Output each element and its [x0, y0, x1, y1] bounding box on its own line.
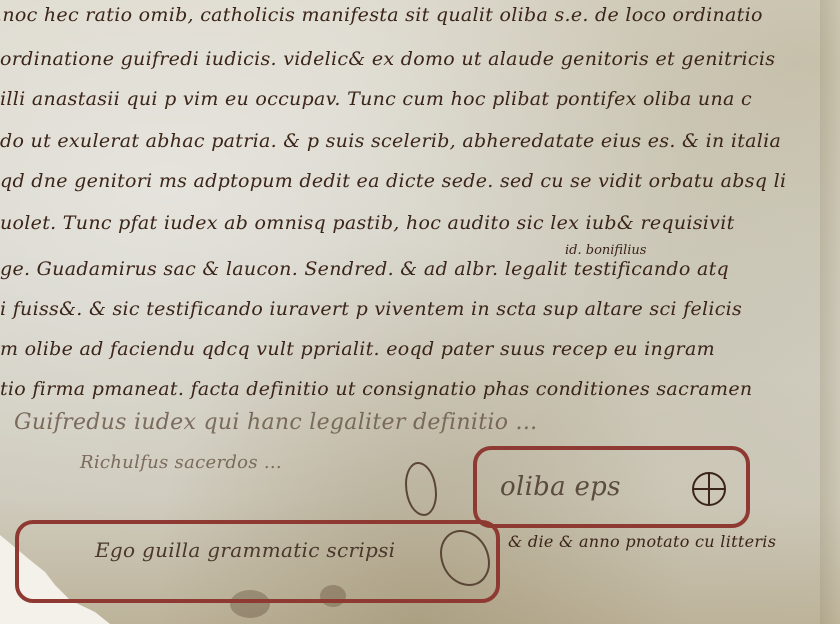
- text-line-8: i fuiss&. & sic testificando iuravert p …: [0, 298, 742, 320]
- interlinear-note: id. bonifilius: [565, 243, 646, 258]
- text-line-10: tio firma pmaneat. facta definitio ut co…: [0, 378, 752, 400]
- manuscript-image: .noc hec ratio omib, catholicis manifest…: [0, 0, 840, 624]
- parchment-fold: [820, 0, 840, 624]
- text-line-2: ordinatione guifredi iudicis. videlic& e…: [0, 48, 775, 70]
- text-line-9: m olibe ad faciendu qdcq vult pprialit. …: [0, 338, 715, 360]
- text-line-3: illi anastasii qui p vim eu occupav. Tun…: [0, 88, 752, 110]
- text-line-6: uolet. Tunc pfat iudex ab omnisq pastib,…: [0, 212, 735, 234]
- signature-line-guifredus: Guifredus iudex qui hanc legaliter defin…: [14, 410, 537, 435]
- trailing-text-line: & die & anno pnotato cu litteris: [508, 532, 776, 551]
- signature-line-richulfus: Richulfus sacerdos ...: [80, 452, 282, 473]
- text-line-4: do ut exulerat abhac patria. & p suis sc…: [0, 130, 781, 152]
- signature-scribe: Ego guilla grammatic scripsi: [95, 538, 395, 562]
- text-line-7: ge. Guadamirus sac & laucon. Sendred. & …: [0, 258, 729, 280]
- signature-oliba: oliba eps: [500, 472, 621, 502]
- text-line-1: .noc hec ratio omib, catholicis manifest…: [0, 4, 763, 26]
- text-line-5: qd dne genitori ms adptopum dedit ea dic…: [0, 170, 786, 192]
- cross-in-circle-signum-icon: [692, 472, 726, 506]
